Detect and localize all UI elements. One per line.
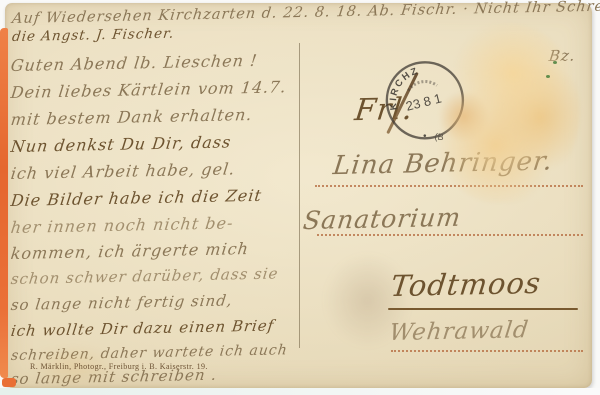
message-line: Dein liebes Kärtlein vom 14.7. (10, 77, 302, 102)
message-line: Guten Abend lb. Lieschen ! (10, 50, 302, 75)
postmark-star (423, 134, 426, 137)
address-dotted-line-2 (317, 234, 583, 236)
stamp-stain (435, 23, 580, 203)
postmark-inner-arc (407, 80, 437, 91)
postcard-scan: Auf Wiedersehen Kirchzarten d. 22. 8. 18… (0, 0, 600, 395)
message-line: ich viel Arbeit habe, gel. (10, 158, 302, 183)
header-line-2: die Angst. J. Fischer. (11, 26, 175, 45)
message-line: kommen, ich ärgerte mich (10, 238, 302, 263)
photographer-credit: R. Märklin, Photogr., Freiburg i. B. Kai… (30, 362, 260, 371)
message-line: Nun denkst Du Dir, dass (10, 131, 302, 156)
postcard-card: Auf Wiedersehen Kirchzarten d. 22. 8. 18… (5, 3, 592, 388)
message-line: mit bestem Dank erhalten. (10, 104, 302, 129)
address-institution: Sanatorium (302, 203, 463, 235)
address-dotted-line-3 (391, 350, 583, 352)
message-line: her innen noch nicht be- (10, 212, 302, 237)
card-front-edge (0, 28, 8, 378)
scan-bottom-strip (0, 388, 600, 395)
address-divider-line (299, 43, 300, 348)
green-speck (553, 61, 557, 64)
message-line: Die Bilder habe ich die Zeit (10, 185, 302, 210)
message-line: schon schwer darüber, dass sie (10, 264, 302, 288)
card-front-edge-bottom (2, 378, 16, 387)
green-speck (546, 75, 550, 78)
corner-stain (25, 333, 145, 388)
message-line: so lange nicht fertig sind, (10, 290, 302, 314)
ink-smudge (310, 238, 425, 363)
